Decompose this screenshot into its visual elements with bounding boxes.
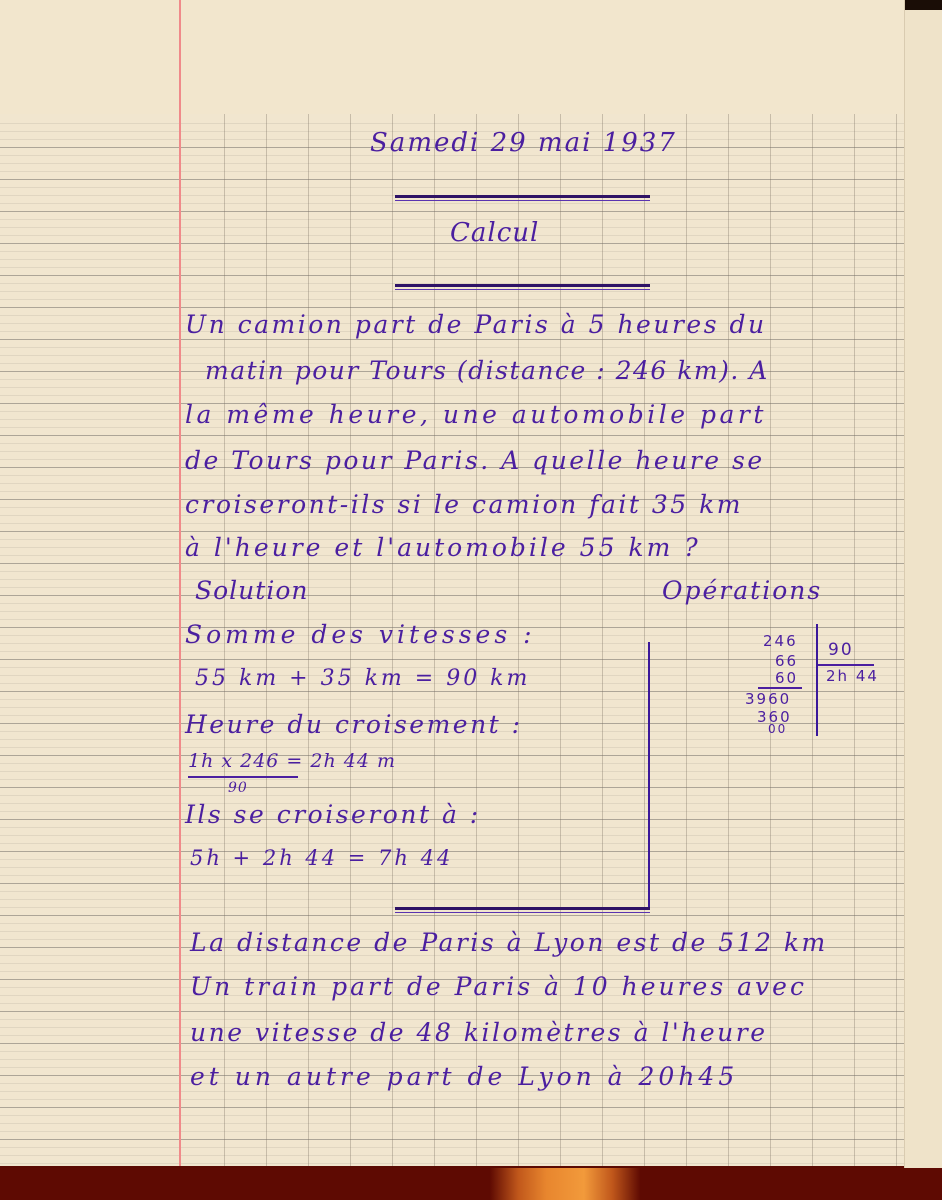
problem1-line-2: matin pour Tours (distance : 246 km). A: [205, 356, 769, 385]
header-rule-top: [395, 195, 650, 198]
solution-frame-right: [648, 642, 650, 910]
notebook-cover-edge: [0, 1168, 942, 1200]
date-heading: Samedi 29 mai 1937: [370, 128, 677, 158]
division-step-1: 246: [763, 632, 798, 650]
header-rule-bottom-under: [395, 289, 650, 290]
division-vertical-bar: [816, 624, 818, 736]
division-divisor: 90: [828, 640, 854, 660]
problem2-line-1: La distance de Paris à Lyon est de 512 k…: [190, 928, 828, 957]
header-rule-bottom: [395, 284, 650, 287]
solution-line-2: 55 km + 35 km = 90 km: [195, 666, 530, 691]
page-top-margin: [0, 0, 904, 114]
division-step-6: 00: [768, 722, 787, 736]
solution-line-6: Ils se croiseront à :: [185, 800, 481, 829]
solution-heading: Solution: [195, 576, 308, 605]
problem1-line-3: la même heure, une automobile part: [185, 400, 767, 429]
solution-line-1: Somme des vitesses :: [185, 620, 536, 649]
solution-frame-bottom-under: [395, 912, 650, 913]
solution-fraction-denominator: 90: [228, 780, 248, 796]
problem1-line-1: Un camion part de Paris à 5 heures du: [185, 310, 767, 339]
solution-line-3: Heure du croisement :: [185, 710, 523, 739]
problem1-line-6: à l'heure et l'automobile 55 km ?: [185, 533, 701, 562]
solution-line-7: 5h + 2h 44 = 7h 44: [190, 846, 453, 870]
fraction-bar: [188, 776, 298, 778]
problem2-line-2: Un train part de Paris à 10 heures avec: [190, 972, 807, 1001]
header-rule-top-under: [395, 200, 650, 201]
solution-frame-bottom: [395, 907, 650, 910]
problem1-line-4: de Tours pour Paris. A quelle heure se: [185, 446, 765, 475]
problem2-line-3: une vitesse de 48 kilomètres à l'heure: [190, 1018, 768, 1047]
division-quotient: 2h 44: [826, 667, 879, 685]
operations-heading: Opérations: [662, 576, 822, 605]
solution-fraction-numerator: 1h x 246 = 2h 44 m: [188, 750, 396, 772]
problem1-line-5: croiseront-ils si le camion fait 35 km: [185, 490, 743, 519]
solution-line-4: 1h x 246 = 2h 44 m: [188, 750, 396, 772]
next-page-edge: [904, 0, 942, 1172]
division-step-4: 3960: [745, 690, 791, 708]
problem2-line-4: et un autre part de Lyon à 20h45: [190, 1062, 738, 1091]
division-step-3: 60: [775, 669, 798, 687]
subject-heading: Calcul: [450, 218, 539, 248]
division-divisor-bar: [818, 664, 874, 666]
division-underline: [758, 687, 802, 689]
division-step-2: 66: [775, 652, 798, 670]
